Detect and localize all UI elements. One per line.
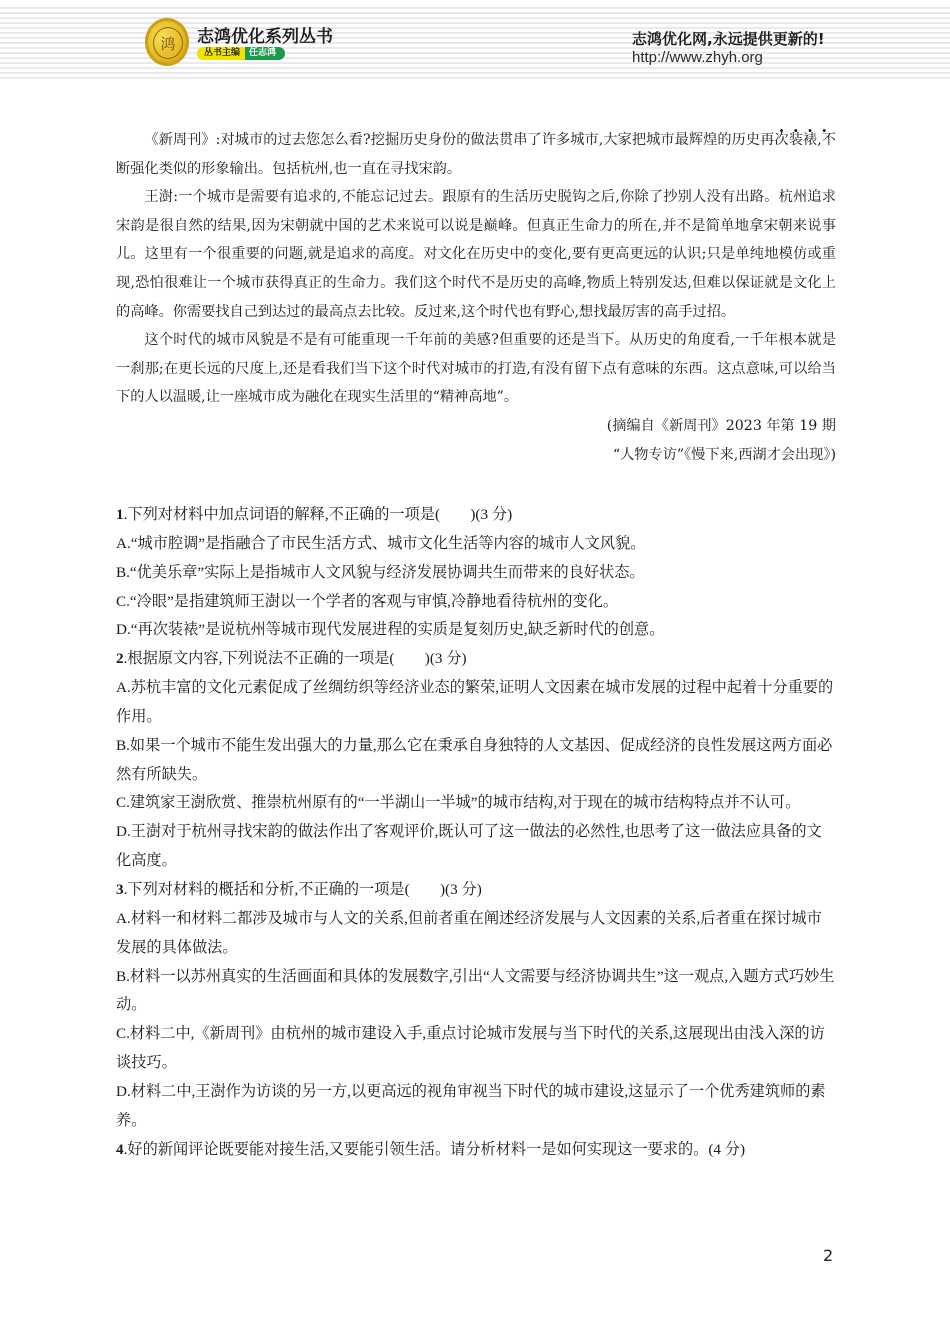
option-d: D.王澍对于杭州寻找宋韵的做法作出了客观评价,既认可了这一做法的必然性,也思考了…	[116, 818, 836, 876]
question-number: 2	[116, 650, 124, 667]
question-2: 2.根据原文内容,下列说法不正确的一项是( )(3 分) A.苏杭丰富的文化元素…	[116, 645, 836, 876]
option-b: B.如果一个城市不能生发出强大的力量,那么它在秉承自身独特的人文基因、促成经济的…	[116, 732, 836, 790]
question-stem: 4.好的新闻评论既要能对接生活,又要能引领生活。请分析材料一是如何实现这一要求的…	[116, 1136, 836, 1165]
option-a: A.材料一和材料二都涉及城市与人文的关系,但前者重在阐述经济发展与人文因素的关系…	[116, 905, 836, 963]
question-number: 1	[116, 506, 124, 523]
editor-name: 任志鸿	[245, 47, 285, 60]
option-d: D.“再次装裱”是说杭州等城市现代发展进程的实质是复刻历史,缺乏新时代的创意。	[116, 616, 836, 645]
site-url-link[interactable]: http://www.zhyh.org	[632, 49, 763, 66]
question-1: 1.下列对材料中加点词语的解释,不正确的一项是( )(3 分) A.“城市腔调”…	[116, 501, 836, 645]
question-3: 3.下列对材料的概括和分析,不正确的一项是( )(3 分) A.材料一和材料二都…	[116, 876, 836, 1136]
editor-role: 丛书主编	[197, 47, 245, 60]
source-citation-line-1: (摘编自《新周刊》2023 年第 19 期	[116, 412, 836, 441]
series-title: 志鸿优化系列丛书	[197, 22, 333, 47]
passage-paragraph-1: 《新周刊》:对城市的过去您怎么看?挖掘历史身份的做法贯串了许多城市,大家把城市最…	[116, 126, 836, 183]
question-text: .下列对材料中加点词语的解释,不正确的一项是( )(3 分)	[124, 506, 513, 523]
question-text: .好的新闻评论既要能对接生活,又要能引领生活。请分析材料一是如何实现这一要求的。…	[124, 1141, 745, 1158]
question-stem: 2.根据原文内容,下列说法不正确的一项是( )(3 分)	[116, 645, 836, 674]
question-list: 1.下列对材料中加点词语的解释,不正确的一项是( )(3 分) A.“城市腔调”…	[116, 501, 836, 1164]
emphasized-char: 裱	[803, 132, 817, 148]
passage: 《新周刊》:对城市的过去您怎么看?挖掘历史身份的做法贯串了许多城市,大家把城市最…	[116, 126, 836, 469]
question-stem: 1.下列对材料中加点词语的解释,不正确的一项是( )(3 分)	[116, 501, 836, 530]
option-c: C.“冷眼”是指建筑师王澍以一个学者的客观与审慎,冷静地看待杭州的变化。	[116, 588, 836, 617]
question-stem: 3.下列对材料的概括和分析,不正确的一项是( )(3 分)	[116, 876, 836, 905]
paragraph-text: 《新周刊》:对城市的过去您怎么看?挖掘历史身份的做法贯串了许多城市,大家把城市最…	[144, 132, 760, 148]
option-a: A.苏杭丰富的文化元素促成了丝绸纺织等经济业态的繁荣,证明人文因素在城市发展的过…	[116, 674, 836, 732]
option-a: A.“城市腔调”是指融合了市民生活方式、城市文化生活等内容的城市人文风貌。	[116, 530, 836, 559]
site-slogan: 志鸿优化网,永远提供更新的!	[632, 28, 825, 49]
option-b: B.“优美乐章”实际上是指城市人文风貌与经济发展协调共生而带来的良好状态。	[116, 559, 836, 588]
question-text: .下列对材料的概括和分析,不正确的一项是( )(3 分)	[124, 881, 482, 898]
series-logo-seal: 鸿	[145, 18, 189, 66]
option-c: C.建筑家王澍欣赏、推崇杭州原有的“一半湖山一半城”的城市结构,对于现在的城市结…	[116, 789, 836, 818]
passage-paragraph-2: 王澍:一个城市是需要有追求的,不能忘记过去。跟原有的生活历史脱钩之后,你除了抄别…	[116, 183, 836, 326]
seal-emblem-icon: 鸿	[153, 27, 183, 59]
option-c: C.材料二中,《新周刊》由杭州的城市建设入手,重点讨论城市发展与当下时代的关系,…	[116, 1020, 836, 1078]
question-number: 3	[116, 881, 124, 898]
option-d: D.材料二中,王澍作为访谈的另一方,以更高远的视角审视当下时代的城市建设,这显示…	[116, 1078, 836, 1136]
source-citation-line-2: “人物专访”《慢下来,西湖才会出现》)	[116, 441, 836, 470]
page-number: 2	[823, 1246, 833, 1265]
question-text: .根据原文内容,下列说法不正确的一项是( )(3 分)	[124, 650, 467, 667]
editor-badge: 丛书主编 任志鸿	[197, 47, 285, 60]
option-b: B.材料一以苏州真实的生活画面和具体的发展数字,引出“人文需要与经济协调共生”这…	[116, 963, 836, 1021]
passage-paragraph-3: 这个时代的城市风貌是不是有可能重现一千年前的美感?但重要的还是当下。从历史的角度…	[116, 326, 836, 412]
question-4: 4.好的新闻评论既要能对接生活,又要能引领生活。请分析材料一是如何实现这一要求的…	[116, 1136, 836, 1165]
question-number: 4	[116, 1141, 124, 1158]
